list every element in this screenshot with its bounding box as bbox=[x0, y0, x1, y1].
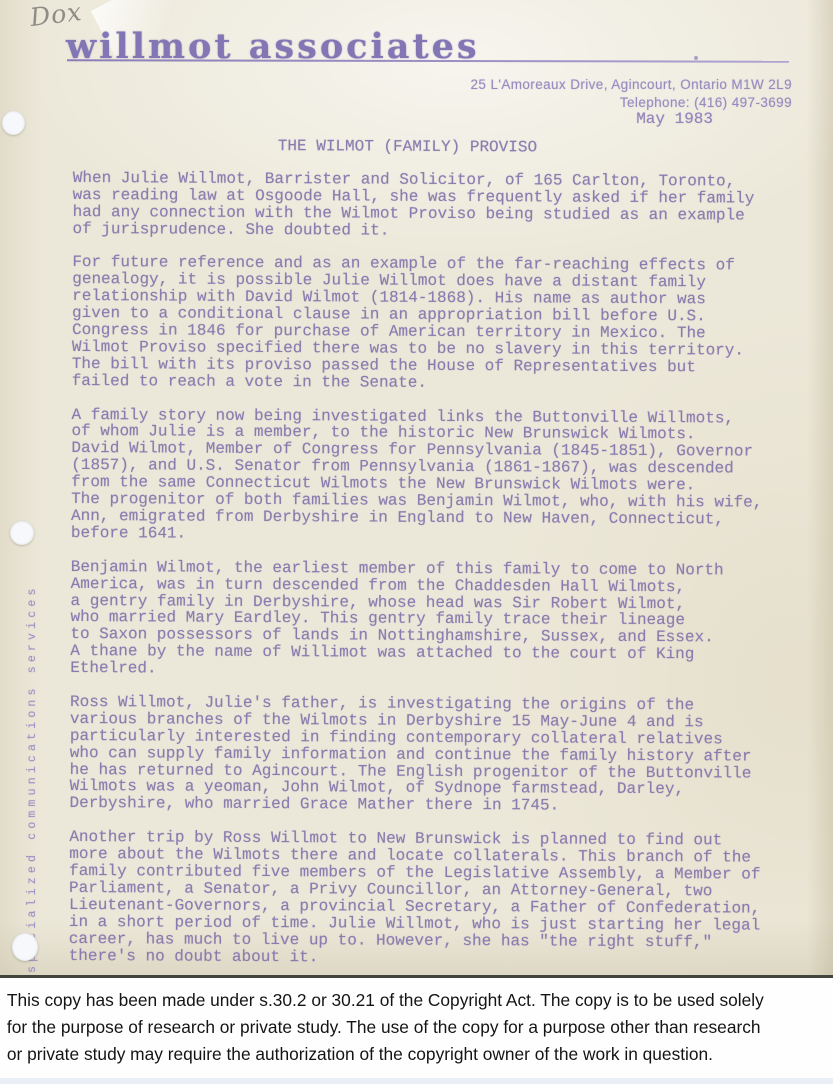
letterhead-address-block: 25 L'Amoreaux Drive, Agincourt, Ontario … bbox=[470, 76, 792, 111]
letterhead-address: 25 L'Amoreaux Drive, Agincourt, Ontario … bbox=[470, 76, 792, 94]
punch-hole-top bbox=[2, 111, 25, 135]
side-vertical-note: specialized communications services bbox=[26, 578, 39, 973]
paragraph-1: When Julie Willmot, Barrister and Solici… bbox=[72, 170, 786, 241]
letterhead-telephone: Telephone: (416) 497-3699 bbox=[470, 94, 792, 112]
paragraph-5: Ross Willmot, Julie's father, is investi… bbox=[69, 694, 784, 816]
typed-date: May 1983 bbox=[636, 110, 713, 128]
paragraph-2: For future reference and as an example o… bbox=[72, 254, 787, 393]
scan-bottom-strip bbox=[0, 1078, 833, 1084]
paragraph-4: Benjamin Wilmot, the earliest member of … bbox=[70, 559, 785, 681]
copyright-notice-text: This copy has been made under s.30.2 or … bbox=[0, 978, 821, 1067]
punch-hole-bottom bbox=[12, 933, 38, 961]
typewritten-body: THE WILMOT (FAMILY) PROVISO When Julie W… bbox=[69, 137, 787, 985]
scanned-document-page: Dox willmot associates 25 L'Amoreaux Dri… bbox=[0, 0, 833, 1084]
letter-paper: Dox willmot associates 25 L'Amoreaux Dri… bbox=[0, 0, 833, 975]
ink-speck bbox=[694, 56, 698, 60]
paragraph-6: Another trip by Ross Willmot to New Brun… bbox=[69, 829, 784, 968]
paragraph-3: A family story now being investigated li… bbox=[71, 407, 786, 546]
document-title: THE WILMOT (FAMILY) PROVISO bbox=[73, 137, 742, 157]
copyright-notice-band: This copy has been made under s.30.2 or … bbox=[0, 975, 833, 1078]
punch-hole-middle bbox=[10, 521, 34, 545]
